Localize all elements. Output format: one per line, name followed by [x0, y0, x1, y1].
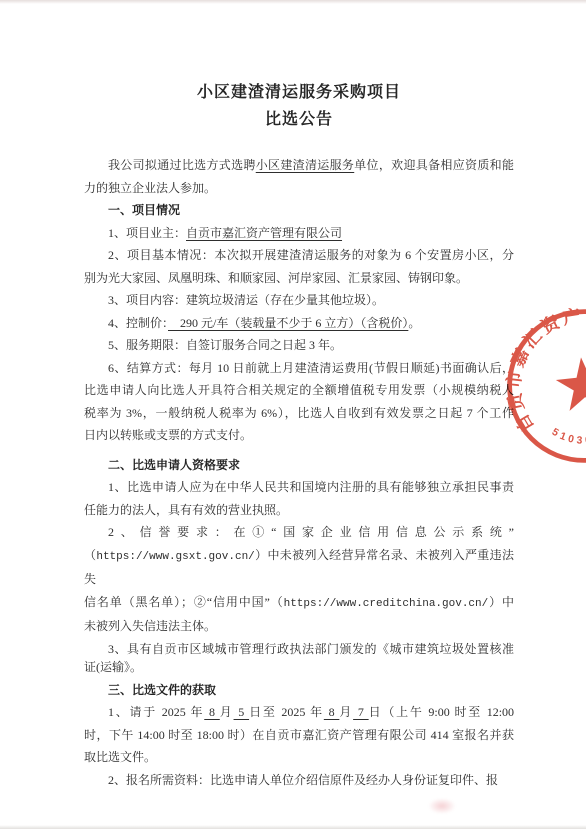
text-segment: 6、结算方式：每月 10 日前就上月建渣清运费用(节假日顺延)书面确认后，	[108, 361, 514, 375]
scanned-document-page: 小区建渣清运服务采购项目 比选公告 我公司拟通过比选方式选聘小区建渣清运服务单位…	[0, 0, 586, 829]
text-segment: 税率为 3%，一般纳税人税率为 6%），比选人自收到有效发票之日起 7 个工作	[84, 406, 514, 420]
text-segment: 日（上午 9:00 时至 12:00	[369, 705, 514, 719]
paragraph-line: 2、项目基本情况：本次拟开展建渣清运服务的对象为 6 个安置房小区，分	[84, 244, 514, 267]
section-heading: 二、比选申请人资格要求	[84, 454, 514, 477]
paragraph-line: 别为光大家园、凤凰明珠、和顺家园、河岸家园、汇景家园、铸钢印象。	[84, 267, 514, 290]
document-body: 我公司拟通过比选方式选聘小区建渣清运服务单位，欢迎具备相应资质和能力的独立企业法…	[84, 154, 514, 791]
paragraph-line: 我公司拟通过比选方式选聘小区建渣清运服务单位，欢迎具备相应资质和能	[84, 154, 514, 177]
seal-serial-number: 5103025	[548, 417, 586, 453]
url-text: https://www.gsxt.gov.cn/	[96, 551, 254, 563]
text-segment: 证(运输》。	[84, 660, 142, 674]
text-segment: 未被列入失信违法主体。	[84, 619, 216, 633]
text-segment: 我公司拟通过比选方式选聘	[108, 158, 256, 172]
text-segment: 月	[220, 705, 234, 719]
text-segment: 1、项目业主：	[108, 226, 186, 240]
scan-edge-bottom	[0, 825, 586, 829]
text-segment: （	[84, 548, 96, 562]
text-segment: 力的独立企业法人参加。	[84, 181, 216, 195]
text-segment: 日至 2025 年	[249, 705, 324, 719]
document-title-line-1: 小区建渣清运服务采购项目	[84, 79, 514, 106]
text-segment: 别为光大家园、凤凰明珠、和顺家园、河岸家园、汇景家园、铸钢印象。	[84, 271, 468, 285]
text-segment: 2、信誉要求：在①“国家企业信用信息公示系统”	[108, 525, 514, 539]
text-segment: ）中	[488, 595, 514, 609]
paragraph-line: 6、结算方式：每月 10 日前就上月建渣清运费用(节假日顺延)书面确认后，	[84, 357, 514, 380]
text-segment: 3、项目内容：建筑垃圾清运（存在少量其他垃圾）。	[108, 293, 384, 307]
paragraph-line: 力的独立企业法人参加。	[84, 177, 514, 200]
text-segment: 2、报名所需资料：比选申请人单位介绍信原件及经办人身份证复印件、报	[108, 773, 498, 787]
paragraph-line: 1、比选申请人应为在中华人民共和国境内注册的具有能够独立承担民事责	[84, 476, 514, 499]
underlined-text: 5	[234, 705, 250, 719]
text-segment: 单位，欢迎具备相应资质和能	[354, 158, 514, 172]
text-segment: 5、服务期限：自签订服务合同之日起 3 年。	[108, 338, 342, 352]
text-segment: 1、请于 2025 年	[108, 705, 204, 719]
paragraph-line: 税率为 3%，一般纳税人税率为 6%），比选人自收到有效发票之日起 7 个工作	[84, 402, 514, 425]
text-segment: 月	[339, 705, 353, 719]
official-seal: 自贡市嘉汇资产管理有限公司 5103025	[504, 306, 586, 466]
underlined-text: 290 元/车（装载量不少于 6 立方）（含税价）	[168, 316, 408, 330]
document-content: 小区建渣清运服务采购项目 比选公告 我公司拟通过比选方式选聘小区建渣清运服务单位…	[84, 79, 514, 791]
paragraph-line: 4、控制价： 290 元/车（装载量不少于 6 立方）（含税价）。	[84, 312, 514, 335]
paragraph-line: 时，下午 14:00 时至 18:00 时）在自贡市嘉汇资产管理有限公司 414…	[84, 724, 514, 747]
paragraph-line: 2、信誉要求：在①“国家企业信用信息公示系统”	[84, 521, 514, 544]
paragraph-line: 2、报名所需资料：比选申请人单位介绍信原件及经办人身份证复印件、报	[84, 769, 514, 792]
text-segment: 时，下午 14:00 时至 18:00 时）在自贡市嘉汇资产管理有限公司 414…	[84, 728, 514, 742]
text-segment: 1、比选申请人应为在中华人民共和国境内注册的具有能够独立承担民事责	[108, 480, 514, 494]
paragraph-line: 日内以转账或支票的方式支付。	[84, 424, 514, 447]
text-segment: 4、控制价：	[108, 316, 168, 330]
underlined-text: 小区建渣清运服务	[256, 158, 355, 172]
text-segment: 一、项目情况	[108, 203, 180, 217]
text-segment: 二、比选申请人资格要求	[108, 458, 240, 472]
scan-edge-top	[0, 0, 586, 4]
underlined-text: 8	[324, 705, 340, 719]
underlined-text: 7	[353, 705, 369, 719]
paragraph-line: 未被列入失信违法主体。	[84, 615, 514, 638]
ink-smudge	[428, 798, 456, 814]
paragraph-line: 任能力的法人，具有有效的营业执照。	[84, 499, 514, 522]
seal-star-icon	[554, 354, 586, 412]
paragraph-line: 取比选文件。	[84, 746, 514, 769]
text-segment: 信名单（黑名单）；②“信用中国”（	[84, 595, 284, 609]
text-segment: 取比选文件。	[84, 750, 156, 764]
section-heading: 一、项目情况	[84, 199, 514, 222]
section-heading: 三、比选文件的获取	[84, 679, 514, 702]
seal-company-name: 自贡市嘉汇资产管理有限公司	[504, 306, 586, 440]
text-segment: 2、项目基本情况：本次拟开展建渣清运服务的对象为 6 个安置房小区，分	[108, 248, 514, 262]
paragraph-line: 比选申请人向比选人开具符合相关规定的全额增值税专用发票（小规模纳税人	[84, 379, 514, 402]
text-segment: 比选申请人向比选人开具符合相关规定的全额增值税专用发票（小规模纳税人	[84, 383, 514, 397]
document-title: 小区建渣清运服务采购项目 比选公告	[84, 79, 514, 133]
seal-graphic: 自贡市嘉汇资产管理有限公司 5103025	[504, 306, 586, 466]
paragraph-line: 5、服务期限：自签订服务合同之日起 3 年。	[84, 334, 514, 357]
text-segment: 日内以转账或支票的方式支付。	[84, 428, 252, 442]
paragraph-line: （https://www.gsxt.gov.cn/）中未被列入经营异常名录、未被…	[84, 544, 514, 591]
text-segment: 。	[408, 316, 420, 330]
text-segment: 任能力的法人，具有有效的营业执照。	[84, 503, 288, 517]
underlined-text: 8	[204, 705, 220, 719]
paragraph-line: 3、项目内容：建筑垃圾清运（存在少量其他垃圾）。	[84, 289, 514, 312]
url-text: https://www.creditchina.gov.cn/	[284, 598, 489, 610]
text-segment: 三、比选文件的获取	[108, 683, 216, 697]
paragraph-line: 1、请于 2025 年 8 月 5 日至 2025 年 8 月 7 日（上午 9…	[84, 701, 514, 724]
paragraph-line: 3、具有自贡市区域城市管理行政执法部门颁发的《城市建筑垃圾处置核准	[84, 638, 514, 661]
underlined-text: 自贡市嘉汇资产管理有限公司	[186, 226, 342, 240]
document-title-line-2: 比选公告	[84, 106, 514, 133]
paragraph-line: 信名单（黑名单）；②“信用中国”（https://www.creditchina…	[84, 591, 514, 616]
text-segment: 3、具有自贡市区域城市管理行政执法部门颁发的《城市建筑垃圾处置核准	[108, 642, 514, 656]
paragraph-line: 1、项目业主：自贡市嘉汇资产管理有限公司	[84, 222, 514, 245]
